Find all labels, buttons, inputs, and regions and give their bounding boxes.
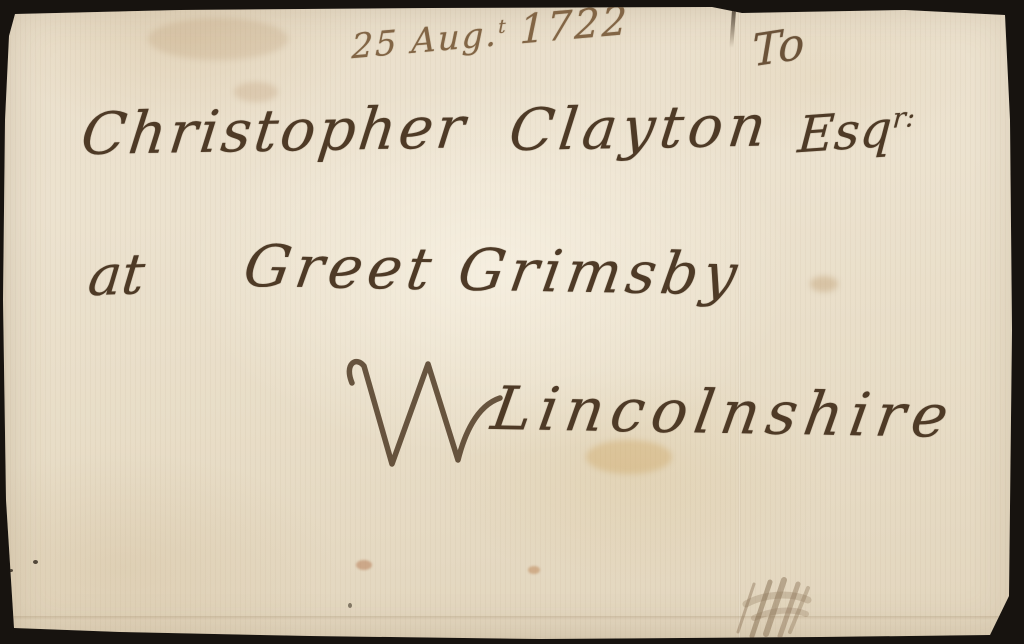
ink-smudge-mark <box>724 574 816 640</box>
ink-speck <box>348 603 352 608</box>
foxing-spot <box>528 566 540 574</box>
honorific-text: Esq <box>796 99 894 164</box>
ink-speck <box>33 560 38 564</box>
paper-stain <box>148 18 288 60</box>
foxing-spot <box>356 560 372 570</box>
date-year: 1722 <box>519 0 629 54</box>
to-label: To <box>752 18 805 78</box>
honorific-superscript: r: <box>891 101 916 135</box>
county-inscription: Lincolnshire <box>487 374 960 452</box>
paper-stain <box>810 276 838 292</box>
date-inscription: 25 Aug.t1722 <box>351 0 629 68</box>
place-prefix: at <box>85 242 148 309</box>
paper-crease <box>729 0 736 48</box>
date-superscript: t <box>498 16 508 38</box>
place-name: Greet Grimsby <box>239 232 746 308</box>
date-text: 25 Aug. <box>351 14 498 67</box>
addressee-honorific: Esqr: <box>796 98 916 165</box>
addressee-given-name: Christopher <box>78 93 472 168</box>
photograph-background: 25 Aug.t1722 To Christopher Clayton Esqr… <box>0 0 1024 644</box>
ink-speck <box>9 569 13 572</box>
addressee-surname: Clayton <box>506 91 775 164</box>
letter-front: 25 Aug.t1722 To Christopher Clayton Esqr… <box>0 0 1024 644</box>
bottom-crease <box>10 616 1010 620</box>
